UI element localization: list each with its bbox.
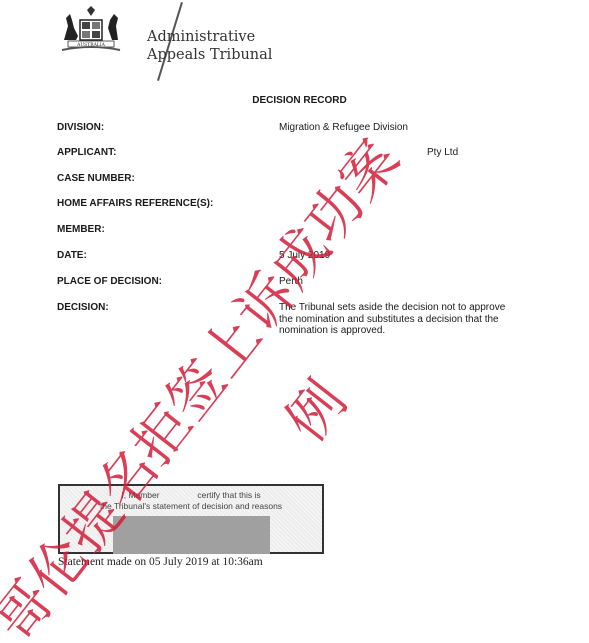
field-value: Perth: [279, 276, 303, 287]
watermark-second: 例: [278, 372, 357, 451]
field-label: DATE:: [57, 250, 87, 261]
statement-timestamp: Statement made on 05 July 2019 at 10:36a…: [58, 556, 263, 568]
field-value: Migration & Refugee Division: [279, 122, 408, 133]
agency-name: Administrative Appeals Tribunal: [147, 28, 272, 64]
field-label: HOME AFFAIRS REFERENCE(S):: [57, 198, 213, 209]
field-value: Pty Ltd: [427, 147, 458, 158]
agency-line-1: Administrative: [147, 28, 272, 46]
redacted-signature: [113, 516, 270, 554]
field-label: MEMBER:: [57, 224, 105, 235]
agency-line-2: Appeals Tribunal: [147, 46, 272, 64]
document-title: DECISION RECORD: [0, 95, 589, 106]
field-label: APPLICANT:: [57, 147, 116, 158]
field-label: PLACE OF DECISION:: [57, 276, 162, 287]
field-label: DECISION:: [57, 302, 109, 313]
certification-box: I, Member certify that this is the Tribu…: [58, 484, 324, 554]
document-header: AUSTRALIA Administrative Appeals Tribuna…: [50, 0, 310, 85]
certification-line-1: I, Member certify that this is: [60, 490, 322, 500]
decision-text: The Tribunal sets aside the decision not…: [279, 302, 519, 337]
field-value: 5 July 2019: [279, 250, 330, 261]
coat-of-arms-icon: AUSTRALIA: [56, 6, 126, 54]
field-label: DIVISION:: [57, 122, 104, 133]
field-label: CASE NUMBER:: [57, 173, 135, 184]
certification-line-2: the Tribunal's statement of decision and…: [60, 501, 322, 511]
